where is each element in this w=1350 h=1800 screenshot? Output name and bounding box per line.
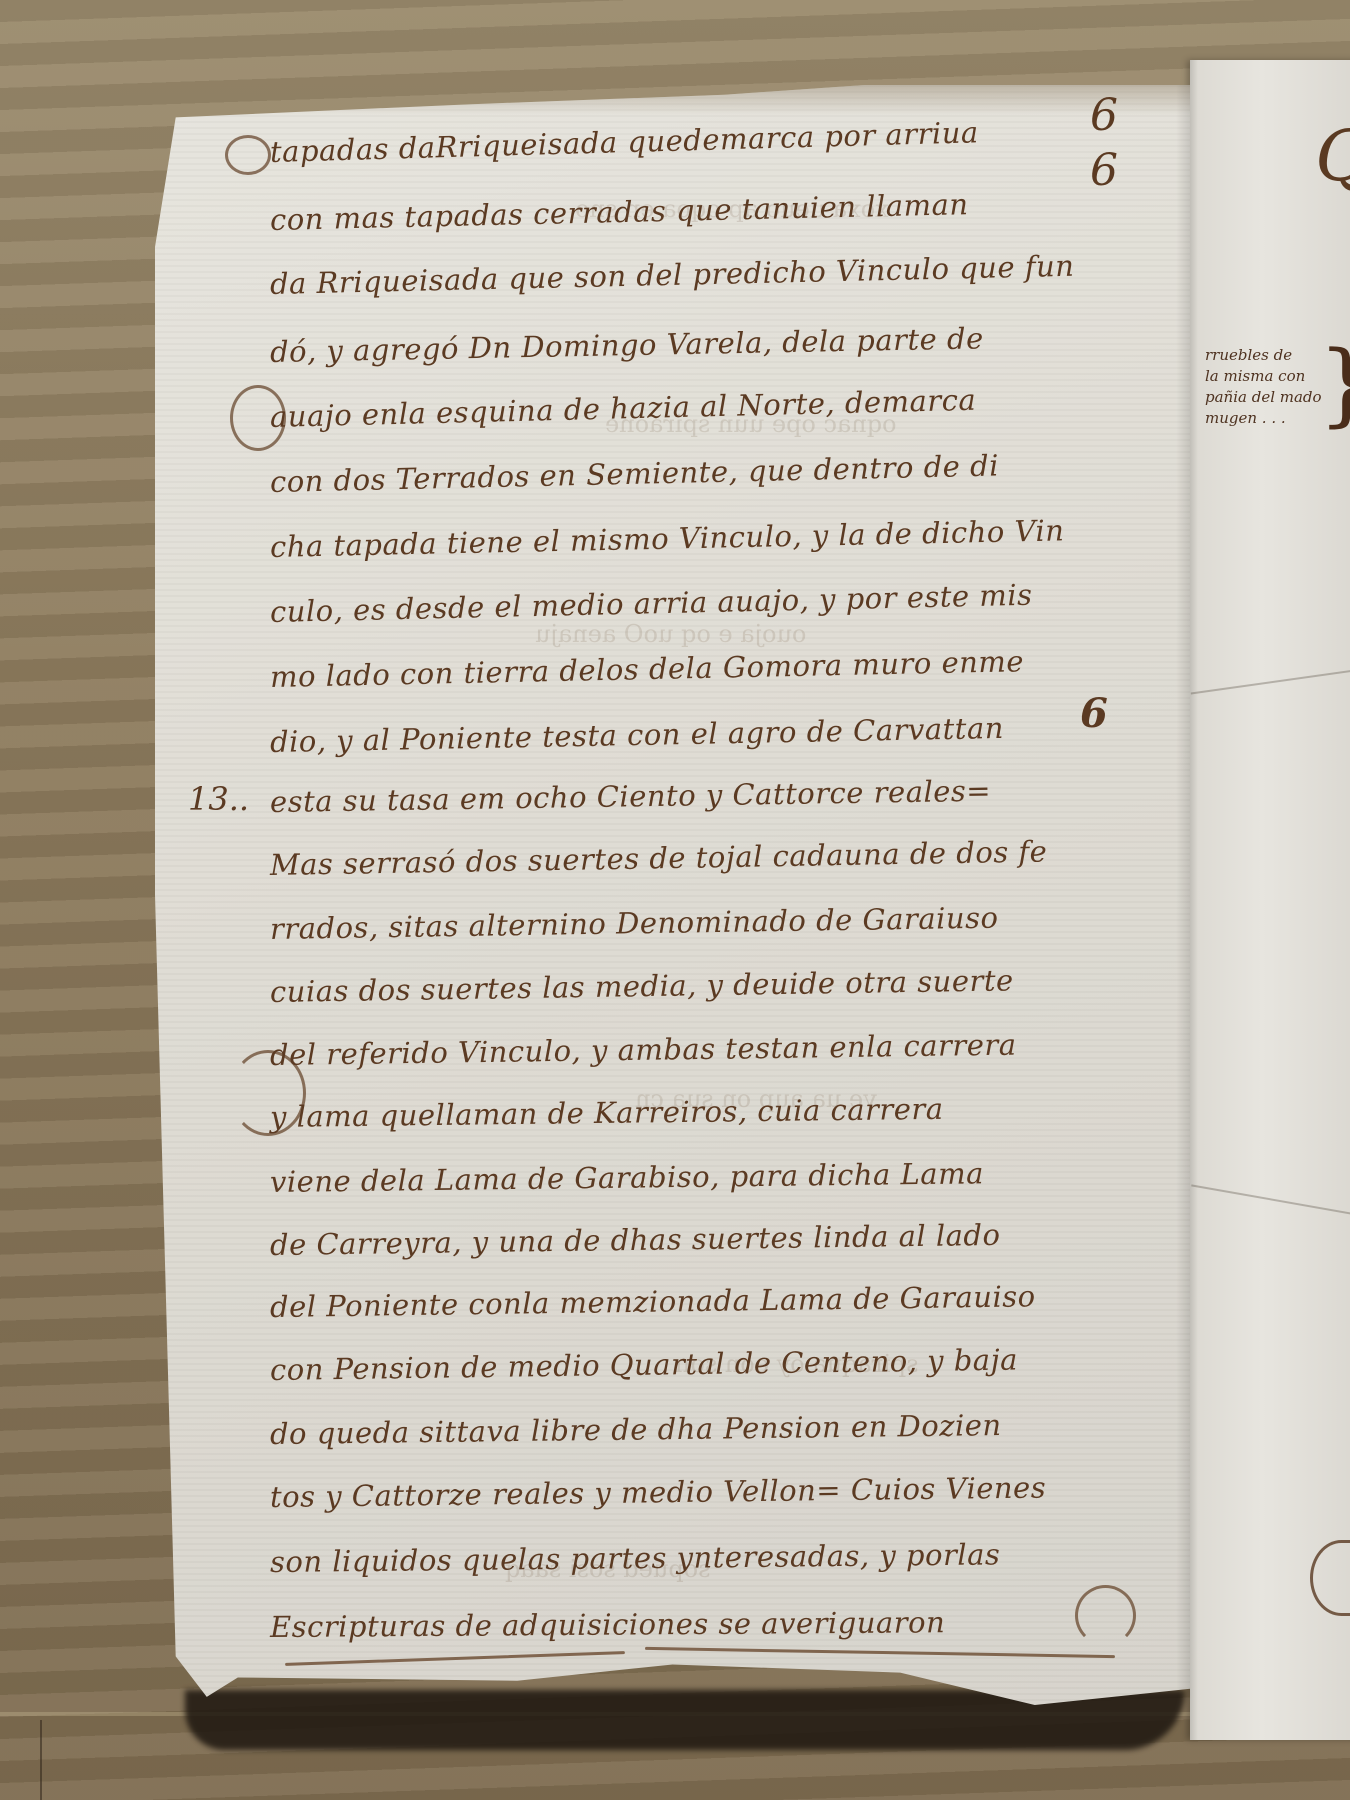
right-page-fragment: Q rruebles de la misma con pañia del mad… (1190, 60, 1350, 1740)
signature-flourish (1310, 1540, 1350, 1616)
page-fold (1190, 60, 1198, 1740)
manuscript-line: mo lado con tierra delos dela Gomora mur… (270, 644, 1025, 694)
closing-underline (285, 1651, 625, 1666)
closing-underline (645, 1647, 1115, 1658)
manuscript-line: do queda sittava libre de dha Pension en… (270, 1408, 1002, 1451)
right-page-margin-note: rruebles de la misma con pañia del mado … (1205, 345, 1325, 429)
manuscript-line: con dos Terrados en Semiente, que dentro… (270, 448, 1000, 499)
manuscript-line: de Carreyra, y una de dhas suertes linda… (270, 1218, 1001, 1262)
margin-flourish (225, 135, 271, 175)
brace-mark: } (1318, 340, 1350, 430)
manuscript-line: del referido Vinculo, y ambas testan enl… (270, 1028, 1017, 1072)
main-manuscript-page: xoxa ueuo ap oqoa en sno oqnac ope uun s… (155, 85, 1190, 1705)
corner-mark: 6 (1090, 90, 1118, 141)
manuscript-line: tapadas daRriqueisada quedemarca por arr… (270, 115, 980, 169)
corner-mark: 6 (1090, 145, 1118, 196)
manuscript-line: cha tapada tiene el mismo Vinculo, y la … (270, 513, 1065, 564)
manuscript-line: esta su tasa em ocho Ciento y Cattorce r… (270, 774, 992, 819)
manuscript-line: con mas tapadas cerradas que tanuien lla… (270, 187, 969, 237)
entry-number: 13.. (188, 780, 249, 818)
manuscript-line: cuias dos suertes las media, y deuide ot… (270, 963, 1014, 1009)
margin-note-line: la misma con (1205, 366, 1325, 387)
margin-note-line: pañia del mado (1205, 387, 1325, 408)
manuscript-line: dio, y al Poniente testa con el agro de … (270, 711, 1005, 759)
manuscript-line: con Pension de medio Quartal de Centeno,… (270, 1343, 1018, 1387)
paper-crease (1191, 1184, 1350, 1217)
binding-edge (1176, 85, 1190, 1705)
manuscript-line: rrados, sitas alternino Denominado de Ga… (270, 901, 999, 946)
manuscript-line: viene dela Lama de Garabiso, para dicha … (270, 1156, 984, 1199)
manuscript-line: tos y Cattorze reales y medio Vellon= Cu… (270, 1471, 1047, 1514)
manuscript-line: da Rriqueisada que son del predicho Vinc… (270, 249, 1075, 301)
manuscript-line: Mas serrasó dos suertes de tojal cadauna… (270, 834, 1048, 882)
side-mark: 6 (1080, 690, 1108, 737)
manuscript-line: del Poniente conla memzionada Lama de Ga… (270, 1279, 1036, 1324)
manuscript-line: dó, y agregó Dn Domingo Varela, dela par… (270, 321, 984, 369)
right-page-initial: Q (1315, 115, 1350, 197)
margin-note-line: mugen . . . (1205, 408, 1325, 429)
margin-note-line: rruebles de (1205, 345, 1325, 366)
manuscript-line: son liquidos quelas partes ynteresadas, … (270, 1537, 1001, 1579)
manuscript-line: Escripturas de adquisiciones se averigua… (270, 1605, 945, 1644)
cardboard-seam (40, 1720, 42, 1800)
closing-flourish (1075, 1585, 1136, 1646)
bleed-through-text: ouoja e oq uoO aenaju (535, 620, 806, 648)
paper-crease (1191, 667, 1350, 694)
manuscript-line: y lama quellaman de Karreiros, cuia carr… (270, 1092, 944, 1134)
